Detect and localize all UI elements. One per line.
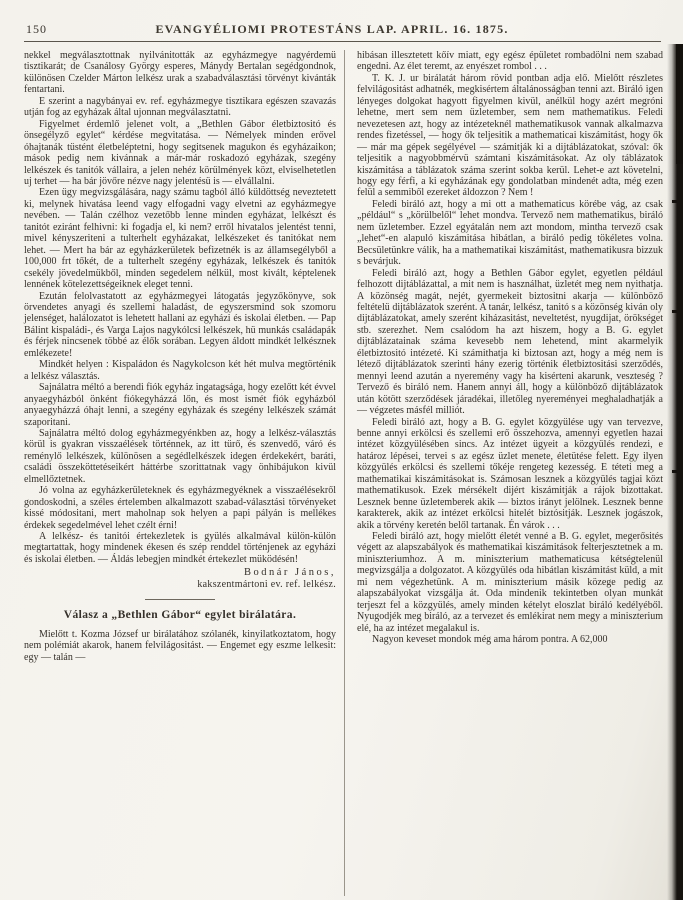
paragraph: Mielőtt t. Kozma József ur birálatához s… (24, 629, 336, 663)
text-columns: nekkel megválasztottnak nyilvánitották a… (24, 50, 663, 896)
right-column: hibásan illesztetett kőív miatt, egy egé… (351, 50, 663, 896)
paragraph: Jó volna az egyházkerületeknek és egyház… (24, 485, 336, 531)
page-header: 150 EVANGYÉLIOMI PROTESTÁNS LAP. APRIL. … (26, 22, 657, 40)
paragraph: Nagyon keveset mondok még ama három pont… (357, 634, 663, 645)
paragraph: hibásan illesztetett kőív miatt, egy egé… (357, 50, 663, 73)
paragraph: Feledi biráló azt, hogy a mi ott a mathe… (357, 199, 663, 268)
signature-name: Bodnár János, (24, 567, 336, 578)
header-rule (24, 41, 661, 42)
signature-block: Bodnár János, kakszentmártoni ev. ref. l… (24, 567, 336, 590)
article-heading: Válasz a „Bethlen Gábor“ egylet birálatá… (24, 610, 336, 621)
paragraph: E szerint a nagybányai ev. ref. egyházme… (24, 96, 336, 119)
paragraph: Feledi biráló azt, hogy a Bethlen Gábor … (357, 268, 663, 417)
paragraph: Sajnálatra méltó a berendi fiók egyház i… (24, 382, 336, 428)
paragraph: Feledi biráló azt, hogy mielőtt életét v… (357, 531, 663, 634)
left-column: nekkel megválasztottnak nyilvánitották a… (24, 50, 336, 896)
paragraph: Feledi biráló azt, hogy a B. G. egylet k… (357, 417, 663, 532)
paragraph: Sajnálatra méltó dolog egyházmegyénkben … (24, 428, 336, 485)
paragraph: Ezen ügy megvizsgálására, nagy számu tag… (24, 187, 336, 290)
page-number: 150 (26, 22, 47, 37)
book-spine-shadow-top (676, 44, 683, 164)
paragraph: Figyelmet érdemlő jelenet volt, a „Bethl… (24, 119, 336, 188)
signature-role: kakszentmártoni ev. ref. lelkész. (24, 579, 336, 590)
paragraph: nekkel megválasztottnak nyilvánitották a… (24, 50, 336, 96)
paragraph: Mindkét helyen : Kispaládon és Nagykolcs… (24, 359, 336, 382)
article-separator-rule (145, 599, 215, 600)
paragraph: T. K. J. ur birálatát három rövid pontba… (357, 73, 663, 199)
paragraph: Ezután felolvastatott az egyházmegyei lá… (24, 291, 336, 360)
scan-artifact-mark (672, 470, 677, 473)
masthead-title: EVANGYÉLIOMI PROTESTÁNS LAP. APRIL. 16. … (47, 22, 657, 37)
newspaper-page-scan: 150 EVANGYÉLIOMI PROTESTÁNS LAP. APRIL. … (0, 0, 683, 900)
column-divider-rule (344, 50, 345, 896)
paragraph: A lelkész- és tanitói értekezletek is gy… (24, 531, 336, 565)
scan-artifact-mark (672, 200, 677, 203)
scan-artifact-mark (672, 310, 677, 313)
